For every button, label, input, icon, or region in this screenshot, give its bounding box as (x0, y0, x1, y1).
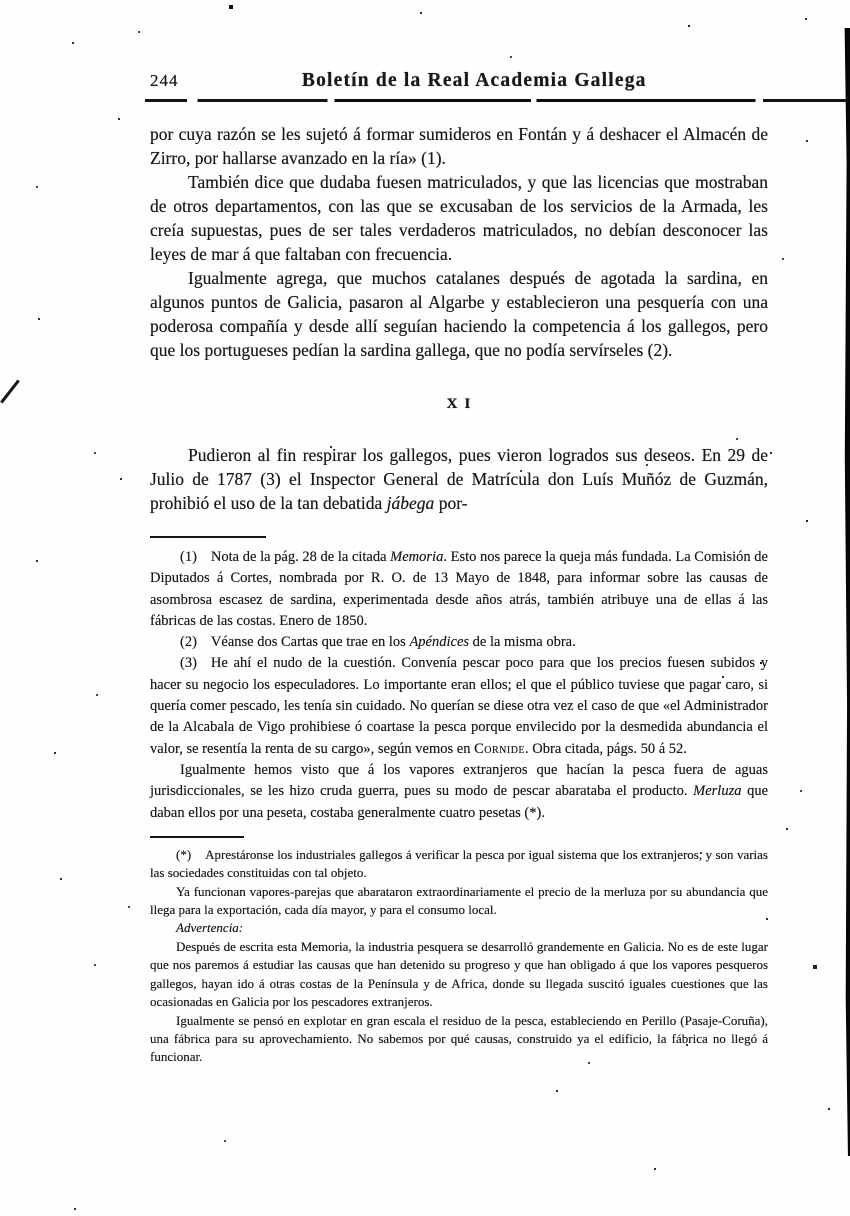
footnotes-block: (1)Nota de la pág. 28 de la citada Memor… (150, 547, 768, 824)
subfootnote-star: (*)Aprestáronse los industriales gallego… (150, 846, 768, 883)
italic-term: jábega (387, 493, 435, 513)
footnote-2: (2)Véanse dos Cartas que trae en los Apé… (150, 632, 768, 653)
footnote-marker: (3) (180, 655, 211, 671)
section-heading-xi: XI (156, 396, 768, 413)
journal-title: Boletín de la Real Academia Gallega (179, 70, 771, 92)
scan-noise-speckles (0, 0, 2, 2)
page-content: por cuya razón se les sujetó á formar su… (150, 122, 768, 1067)
stray-pen-mark (0, 380, 20, 404)
subfootnote-vapores: Ya funcionan vapores-parejas que abarata… (150, 883, 768, 920)
paragraph-text: por- (434, 493, 467, 513)
advertencia-heading: Advertencia: (150, 919, 768, 937)
footnote-text: Véanse dos Cartas que trae en los (211, 634, 410, 650)
footnote-text: Igualmente hemos visto que á los vapores… (150, 762, 768, 799)
italic-term: Merluza (693, 783, 741, 799)
page-header: 244 Boletín de la Real Academia Gallega (150, 70, 770, 92)
smallcaps-name: Cornide (474, 741, 525, 757)
body-paragraph-4: Pudieron al fin respirar los gallegos, p… (150, 443, 768, 515)
subfootnotes-block: (*)Aprestáronse los industriales gallego… (150, 846, 768, 1067)
footnote-separator-rule (150, 536, 266, 538)
scanned-book-page: 244 Boletín de la Real Academia Gallega … (0, 0, 850, 1216)
advertencia-paragraph-1: Después de escrita esta Memoria, la indu… (150, 938, 768, 1012)
italic-term: Apéndices (409, 634, 469, 650)
body-paragraph-2: También dice que dudaba fuesen matricula… (150, 170, 768, 266)
footnote-text: de la misma obra. (469, 634, 576, 650)
footnote-marker: (*) (176, 847, 205, 862)
scan-edge-artifact (843, 28, 850, 1156)
footnote-1: (1)Nota de la pág. 28 de la citada Memor… (150, 547, 768, 632)
footnote-3: (3)He ahí el nudo de la cuestión. Conven… (150, 653, 768, 759)
header-rule (145, 99, 847, 102)
footnote-text: Aprestáronse los industriales gallegos á… (150, 847, 768, 880)
body-paragraph-1: por cuya razón se les sujetó á formar su… (150, 122, 768, 170)
main-body-text: por cuya razón se les sujetó á formar su… (150, 122, 768, 515)
italic-term: Memoria (390, 549, 443, 565)
footnote-marker: (2) (180, 634, 211, 650)
subfootnote-separator-rule (150, 836, 244, 838)
body-paragraph-3: Igualmente agrega, que muchos catalanes … (150, 266, 768, 362)
footnote-4: Igualmente hemos visto que á los vapores… (150, 760, 768, 824)
footnote-marker: (1) (180, 549, 211, 565)
footnote-text: Nota de la pág. 28 de la citada (211, 549, 390, 565)
advertencia-paragraph-2: Igualmente se pensó en explotar en gran … (150, 1012, 768, 1067)
page-number: 244 (150, 71, 179, 91)
footnote-text: . Obra citada, págs. 50 á 52. (525, 741, 687, 757)
